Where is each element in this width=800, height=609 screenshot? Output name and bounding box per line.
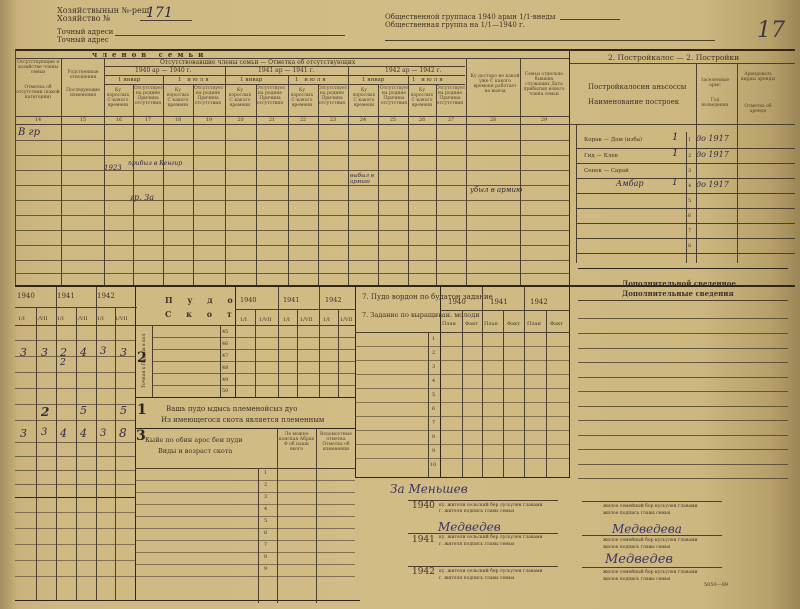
- grid-line: [524, 287, 525, 477]
- grid-line: [297, 309, 298, 397]
- rule: [578, 300, 788, 301]
- livestock-types-kyrgyz: Кыйе по обин арос беи пуди: [145, 436, 243, 444]
- row-number: 2: [264, 481, 267, 489]
- address-line: [115, 35, 345, 36]
- col14-header-top: Отсутствующие в хозяйстве члены семьи: [16, 60, 60, 75]
- period-label: 1 январ: [240, 76, 262, 84]
- row-line: [135, 528, 355, 529]
- row-line: [578, 318, 788, 319]
- livestock-value: 3: [20, 427, 27, 440]
- handwritten-col17-b: гр. За: [130, 193, 154, 202]
- col-number: 27: [436, 117, 466, 123]
- row-line: [135, 552, 355, 553]
- grid-line: [466, 58, 467, 285]
- subcol-a-1: Ку взрослых С какого времени: [106, 88, 130, 108]
- grid-line: [76, 307, 77, 497]
- row-number: 7: [432, 419, 435, 427]
- grid-line: [36, 307, 37, 497]
- row-number: 3: [432, 363, 435, 371]
- grid-line: [163, 75, 164, 285]
- building-row-number: 8: [688, 242, 691, 250]
- household-number: 171: [146, 5, 173, 21]
- livestock-value: 2: [41, 405, 49, 419]
- row-number: 45: [222, 328, 228, 336]
- grid-line: [15, 49, 16, 285]
- row-line: [355, 374, 570, 375]
- rule: [135, 397, 355, 398]
- period-label: 1 июля: [295, 76, 328, 84]
- row-line: [15, 170, 570, 171]
- signature-right-1942: Медведев: [605, 552, 673, 567]
- row-line: [15, 484, 135, 485]
- period-label: 1 январ: [362, 76, 384, 84]
- col28-header: Ку досторо не какой уже С какого времени…: [470, 74, 520, 94]
- period-label: 1/I: [97, 315, 104, 323]
- subcol-a-2: Ку взрослых С какого времени: [166, 88, 190, 108]
- household-register-page: Хозяйствынын №-реш Хозяйство № 171 Точны…: [0, 0, 800, 609]
- row-line: [578, 362, 788, 363]
- address-label-kyrgyz: Точный адреси: [57, 28, 113, 36]
- row-line: [135, 516, 355, 517]
- row-line: [578, 435, 788, 436]
- row-line: [15, 356, 135, 357]
- col-number: 29: [520, 117, 568, 123]
- header-rule: [385, 40, 715, 41]
- rule: [135, 428, 355, 429]
- grid-line: [235, 287, 236, 397]
- fact-label: Факт: [465, 320, 478, 328]
- grid-line: [569, 49, 570, 285]
- year-label: 1940: [240, 296, 257, 304]
- rearing-title-kyrgyz: 7. Пудо вордон по будатон задание: [362, 293, 493, 301]
- breeding-note-russian: Из имеющегося скота является племенным: [161, 416, 324, 424]
- handwritten-col24: выбыл в армию: [350, 173, 378, 185]
- building-row-number: 2: [688, 152, 691, 160]
- row-number: 6: [264, 529, 267, 537]
- row-number: 7: [264, 541, 267, 549]
- row-number: 2: [432, 349, 435, 357]
- year-label: 1941: [57, 292, 75, 300]
- signature-caption: г. жителя подпись главы семьи: [439, 508, 514, 516]
- subcol-b-3: Отсутствует на родине Причина отсутствия: [256, 86, 284, 106]
- breeding-note-kyrgyz: Вашь пудо ыдысь племенойсыз дуо: [166, 405, 297, 413]
- row-line: [15, 456, 135, 457]
- row-line: [578, 449, 788, 450]
- col-number: 24: [348, 117, 378, 123]
- row-number: 5: [432, 391, 435, 399]
- row-line: [15, 404, 135, 405]
- row-number: 1: [432, 335, 435, 343]
- livestock-side-label: Точная к Порода в кол: [141, 328, 149, 388]
- building-name: Амбар: [616, 179, 643, 188]
- row-line: [355, 402, 570, 403]
- row-line: [355, 346, 570, 347]
- building-row-number: 6: [688, 212, 691, 220]
- grid-line: [348, 66, 349, 285]
- row-line: [15, 215, 570, 216]
- col15-header-bottom: Последующие изменения: [64, 88, 102, 98]
- rule: [105, 84, 465, 85]
- year-1940-label: 1940 ар — 1940 г.: [135, 67, 192, 75]
- row-line: [15, 155, 570, 156]
- livestock-title-kyrgyz: П у д о: [165, 296, 239, 304]
- subcol-b-5: Отсутствует на родине Причина отсутствия: [380, 86, 408, 106]
- subcol-b-6: Отсутствует на родине Причина отсутствия: [436, 86, 464, 106]
- row-line: [15, 273, 570, 274]
- plan-label: План: [527, 320, 541, 328]
- row-line: [355, 444, 570, 445]
- row-line: [15, 512, 135, 513]
- livestock-value: 3: [100, 346, 106, 357]
- period-label: 1/VII: [340, 316, 352, 324]
- grid-line: [440, 287, 441, 477]
- signature-line: [582, 567, 722, 568]
- row-line: [355, 430, 570, 431]
- subcol-b-1: Отсутствует на родине Причина отсутствия: [134, 86, 162, 106]
- rule: [235, 309, 355, 310]
- subcol-a-4: Ку взрослых С какого времени: [290, 88, 314, 108]
- handwritten-col28: убыл в армию: [470, 186, 522, 194]
- row-line: [15, 442, 135, 443]
- rule: [15, 325, 355, 326]
- row-line: [578, 406, 788, 407]
- row-number: 4: [432, 377, 435, 385]
- row-line: [15, 528, 135, 529]
- row-line: [152, 337, 355, 338]
- plan-label: План: [484, 320, 498, 328]
- row-number: 46: [222, 340, 228, 348]
- row-line: [135, 480, 355, 481]
- livestock-value: 3: [41, 346, 48, 359]
- year-label: 1941: [283, 296, 300, 304]
- building-row: Корак — Дом (изба) 1 1 до 1917: [576, 132, 795, 149]
- period-label: 1/VII: [115, 315, 127, 323]
- signature-caption: г. жителя подпись главы семьи: [439, 575, 514, 583]
- livestock-value: 3: [41, 427, 47, 438]
- col-number: 20: [225, 117, 256, 123]
- period-label: 1 июля: [178, 76, 211, 84]
- rule: [570, 63, 795, 64]
- row-line: [15, 340, 135, 341]
- social-group-line: [560, 19, 620, 20]
- period-label: 1/VII: [300, 316, 312, 324]
- period-label: 1/VII: [259, 316, 271, 324]
- signature-year: 1940: [412, 502, 435, 510]
- address-label-russian: Точный адрес: [57, 36, 109, 44]
- signature-caption: г. жителя подпись главы семьи: [439, 541, 514, 549]
- subcol-b-4: Отсутствует на родине Причина отсутствия: [318, 86, 346, 106]
- building-row-number: 4: [688, 182, 691, 190]
- row-line: [135, 504, 355, 505]
- signature-line: [582, 535, 722, 536]
- row-line: [578, 377, 788, 378]
- additional-title-kyrgyz: Дополнительной сведенное: [622, 280, 736, 288]
- handwritten-col17: прибыл в Кенгир: [128, 160, 182, 167]
- row-number: 5: [264, 517, 267, 525]
- grid-line: [225, 66, 226, 285]
- grid-line: [56, 287, 57, 497]
- year-label: 1942: [530, 298, 548, 306]
- row-line: [135, 540, 355, 541]
- col-number: 28: [466, 117, 520, 123]
- signature-caption: жилое подпись главы семьи: [603, 576, 670, 584]
- building-row: Гид — Клев 1 2 до 1917: [576, 148, 795, 164]
- building-row: 8: [576, 238, 795, 254]
- row-line: [355, 360, 570, 361]
- year-label: 1942: [325, 296, 342, 304]
- row-number: 10: [430, 461, 436, 469]
- row-number: 50: [222, 387, 228, 395]
- livestock-value: 4: [80, 346, 87, 359]
- livestock-counts-table: 1940 1941 1942 1/I 1/VII 1/I 1/VII 1/I 1…: [15, 287, 135, 442]
- row-number: 48: [222, 364, 228, 372]
- rent-header-top: Арендовать кирды аренды: [738, 72, 778, 82]
- livestock-value: 3: [100, 428, 106, 439]
- row-line: [135, 576, 355, 577]
- col14-header-bottom: Отметка об отсутствии (какой категории): [16, 85, 60, 100]
- col29-header: Семьи отдельно бывших служащих Дата приб…: [522, 72, 566, 97]
- grid-line: [135, 287, 136, 497]
- rule: [578, 268, 788, 269]
- period-label: 1 январ: [118, 76, 140, 84]
- col-number: 16: [105, 117, 133, 123]
- signature-1941: Медведев: [438, 520, 501, 534]
- signature-year: 1941: [412, 536, 435, 544]
- building-row-number: 5: [688, 197, 691, 205]
- row-line: [15, 372, 135, 373]
- signature-year: 1942: [412, 568, 435, 576]
- grid-line: [408, 75, 409, 285]
- row-number: 4: [264, 505, 267, 513]
- year-label: 1940: [448, 298, 466, 306]
- rent-header-bottom: Отметка об аренде: [738, 104, 778, 114]
- year-label: 1940: [17, 292, 35, 300]
- livestock-title-russian: С к о т: [165, 310, 238, 318]
- building-row: Сенек — Сарай 3: [576, 163, 795, 179]
- signature-caption: жилое подпись главы семьи: [603, 544, 670, 552]
- social-group-russian: Общественная группа на 1/1—1940 г.: [385, 21, 525, 29]
- year-label: 1942: [97, 292, 115, 300]
- rule: [15, 124, 570, 125]
- row-line: [578, 478, 788, 479]
- row-line: [15, 544, 135, 545]
- grid-line: [546, 310, 547, 477]
- row-number: 49: [222, 376, 228, 384]
- grid-line: [338, 309, 339, 397]
- row-line: [15, 245, 570, 246]
- household-label-russian: Хозяйство №: [57, 15, 111, 23]
- col-number: 22: [288, 117, 318, 123]
- grid-line: [319, 287, 320, 397]
- plan-label: План: [442, 320, 456, 328]
- row-number: 8: [432, 433, 435, 441]
- note3-col-b-header: Ведомостные отметка Отметка об изменении: [317, 432, 355, 452]
- rule: [15, 497, 135, 498]
- building-row-number: 1: [688, 136, 691, 144]
- handwritten-col14: В гр: [18, 127, 40, 138]
- building-year: до 1917: [696, 134, 729, 143]
- grid-line: [520, 58, 521, 285]
- row-line: [15, 420, 135, 421]
- row-line: [355, 416, 570, 417]
- building-count: 1: [672, 148, 678, 159]
- col-number: 19: [193, 117, 225, 123]
- social-group-kyrgyz: Общественной группаса 1940 арын 1/1-внед…: [385, 13, 555, 21]
- building-row-number: 3: [688, 167, 691, 175]
- row-line: [578, 464, 788, 465]
- livestock-value: 5: [80, 404, 87, 417]
- row-line: [578, 391, 788, 392]
- grid-line: [115, 307, 116, 497]
- subcol-a-6: Ку взрослых С какого времени: [410, 88, 434, 108]
- grid-line: [135, 497, 136, 600]
- livestock-value: 3: [20, 346, 27, 359]
- col-number: 21: [256, 117, 288, 123]
- row-line: [355, 458, 570, 459]
- row-line: [15, 230, 570, 231]
- period-label: 1/I: [323, 316, 330, 324]
- period-label: 1/I: [57, 315, 64, 323]
- handwritten-signature-top: За Меньшев: [390, 482, 468, 496]
- row-line: [152, 349, 355, 350]
- building-name: Корак — Дом (изба): [584, 136, 642, 144]
- rule: [15, 600, 360, 601]
- subcol-b-2: Отсутствует на родине Причина отсутствия: [194, 86, 222, 106]
- fact-label: Факт: [507, 320, 520, 328]
- livestock-value: 4: [60, 427, 67, 440]
- grid-line: [482, 287, 483, 477]
- row-number: 3: [264, 493, 267, 501]
- livestock-value: 3: [120, 346, 127, 359]
- grid-line: [96, 287, 97, 497]
- row-line: [135, 564, 355, 565]
- section-marker: 1: [137, 402, 147, 418]
- row-line: [15, 576, 135, 577]
- grid-line: [462, 310, 463, 477]
- signature-caption: жилое подпись главы семьи: [603, 510, 670, 518]
- year-header-top: Заселенные арыс: [698, 78, 732, 88]
- col15-header-top: Родственные отношения: [64, 70, 102, 80]
- row-line: [15, 260, 570, 261]
- rule: [570, 124, 795, 125]
- grid-line: [569, 287, 570, 477]
- row-line: [578, 420, 788, 421]
- grid-line: [258, 468, 259, 603]
- col-number: 15: [62, 117, 104, 123]
- building-count: 1: [672, 178, 678, 188]
- row-number: 9: [264, 565, 267, 573]
- row-line: [15, 200, 570, 201]
- grid-line: [288, 75, 289, 285]
- signature-right-1941: Медведева: [612, 522, 682, 536]
- livestock-value: 2: [60, 358, 66, 368]
- row-line: [152, 361, 355, 362]
- buildings-name-header-kyrgyz: Постройкалосин аньсоссы: [588, 83, 686, 91]
- grid-line: [278, 287, 279, 397]
- year-label: 1941: [490, 298, 508, 306]
- row-number: 47: [222, 352, 228, 360]
- col-number: 23: [318, 117, 348, 123]
- building-name: Сенек — Сарай: [584, 167, 629, 175]
- row-number: 6: [432, 405, 435, 413]
- subcol-a-5: Ку взрослых С какого времени: [352, 88, 376, 108]
- row-number: 1: [264, 469, 267, 477]
- buildings-title: 2. Постройкалос — 2. Постройки: [608, 54, 739, 62]
- period-label: 1/I: [18, 315, 25, 323]
- building-row: Амбар 1 4 до 1917: [576, 178, 795, 194]
- signature-line: [582, 501, 722, 502]
- rule: [105, 75, 465, 76]
- col-number: 17: [133, 117, 163, 123]
- grid-line: [255, 309, 256, 397]
- rule: [355, 477, 570, 478]
- buildings-name-header-russian: Наименование построек: [588, 98, 679, 106]
- row-line: [578, 333, 788, 334]
- building-row-number: 7: [688, 227, 691, 235]
- row-number: 8: [264, 553, 267, 561]
- building-row: 7: [576, 223, 795, 239]
- building-name: Гид — Клев: [584, 152, 618, 160]
- building-row: 6: [576, 208, 795, 224]
- col-number: 14: [15, 117, 61, 123]
- grid-line: [503, 310, 504, 477]
- building-year: до 1917: [696, 180, 729, 189]
- col-number: 26: [408, 117, 436, 123]
- livestock-types-russian: Виды и возраст скота: [158, 447, 232, 455]
- year-1941-label: 1941 ар — 1941 г.: [258, 67, 315, 75]
- row-line: [152, 385, 355, 386]
- year-1942-label: 1942 ар — 1942 г.: [385, 67, 442, 75]
- building-row: 5: [576, 193, 795, 209]
- page-number: 17: [757, 18, 785, 43]
- period-label: 1/I: [240, 316, 247, 324]
- period-label: 1/I: [283, 316, 290, 324]
- row-line: [15, 388, 135, 389]
- print-code: 5050—89: [704, 581, 728, 589]
- grid-line: [61, 58, 62, 285]
- livestock-value: 4: [80, 427, 87, 440]
- building-count: 1: [672, 132, 678, 143]
- row-number: 9: [432, 447, 435, 455]
- row-line: [578, 348, 788, 349]
- year-header-bottom: Год возведения: [698, 98, 732, 108]
- building-year: до 1917: [696, 150, 729, 159]
- col-number: 18: [163, 117, 193, 123]
- row-line: [15, 470, 135, 471]
- grid-line: [355, 287, 356, 477]
- period-label: 1 июля: [412, 76, 445, 84]
- row-line: [152, 373, 355, 374]
- rule: [135, 468, 355, 469]
- rule: [440, 310, 570, 311]
- row-line: [15, 560, 135, 561]
- additional-title-russian: Дополнительные сведения: [622, 290, 734, 298]
- col-number: 25: [378, 117, 408, 123]
- row-line: [15, 140, 570, 141]
- row-line: [355, 388, 570, 389]
- livestock-value: 8: [119, 426, 127, 440]
- row-line: [135, 492, 355, 493]
- fact-label: Факт: [550, 320, 563, 328]
- note3-col-a-header: Ля можно конская Абрак Ф об наши вкого: [278, 432, 315, 452]
- handwritten-col16: 1923: [104, 164, 122, 172]
- livestock-value: 5: [120, 404, 127, 417]
- grid-line: [428, 332, 429, 477]
- subcol-a-3: Ку взрослых С какого времени: [228, 88, 252, 108]
